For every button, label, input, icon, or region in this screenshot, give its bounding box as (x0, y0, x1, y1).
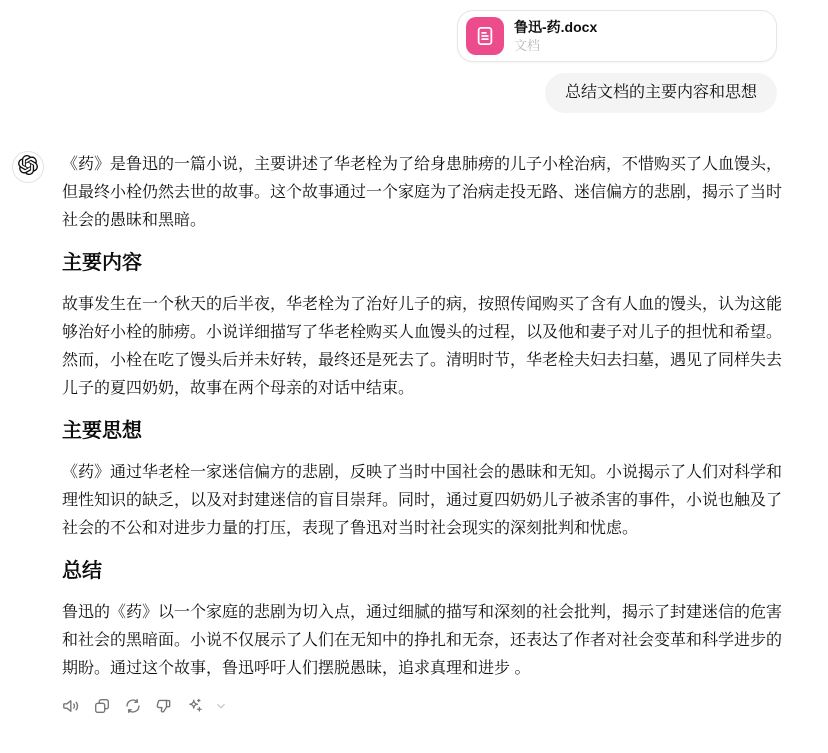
model-switch-expand-button[interactable] (212, 697, 230, 715)
user-message-bubble: 总结文档的主要内容和思想 (545, 73, 777, 113)
thumbs-down-icon (155, 697, 173, 715)
speaker-icon (62, 697, 80, 715)
assistant-action-bar (62, 697, 792, 715)
assistant-message: 《药》是鲁迅的一篇小说，主要讲述了华老栓为了给身患肺痨的儿子小栓治病，不惜购买了… (0, 113, 828, 715)
read-aloud-button[interactable] (62, 697, 80, 715)
section-heading-summary: 总结 (62, 557, 792, 585)
assistant-avatar (12, 151, 44, 183)
openai-logo-icon (18, 155, 38, 180)
section-body-main-content: 故事发生在一个秋天的后半夜，华老栓为了治好儿子的病，按照传闻购买了含有人血的馒头… (62, 291, 792, 403)
sparkle-icon (186, 697, 204, 715)
chat-page: 鲁迅-药.docx 文档 总结文档的主要内容和思想 《药》是鲁迅的一篇小说，主要… (0, 0, 828, 753)
attachment-row: 鲁迅-药.docx 文档 (0, 0, 828, 62)
section-heading-main-ideas: 主要思想 (62, 417, 792, 445)
attachment-card[interactable]: 鲁迅-药.docx 文档 (457, 10, 777, 62)
assistant-intro-paragraph: 《药》是鲁迅的一篇小说，主要讲述了华老栓为了给身患肺痨的儿子小栓治病，不惜购买了… (62, 151, 792, 235)
thumbs-down-button[interactable] (155, 697, 173, 715)
copy-icon (93, 697, 111, 715)
section-body-main-ideas: 《药》通过华老栓一家迷信偏方的悲剧，反映了当时中国社会的愚昧和无知。小说揭示了人… (62, 459, 792, 543)
section-heading-main-content: 主要内容 (62, 249, 792, 277)
assistant-content: 《药》是鲁迅的一篇小说，主要讲述了华老栓为了给身患肺痨的儿子小栓治病，不惜购买了… (62, 151, 792, 715)
model-switch-button[interactable] (186, 697, 204, 715)
attachment-meta: 鲁迅-药.docx 文档 (514, 18, 597, 54)
section-body-summary: 鲁迅的《药》以一个家庭的悲剧为切入点，通过细腻的描写和深刻的社会批判，揭示了封建… (62, 599, 792, 683)
copy-button[interactable] (93, 697, 111, 715)
user-message-row: 总结文档的主要内容和思想 (0, 62, 828, 113)
document-icon (466, 17, 504, 55)
attachment-filename: 鲁迅-药.docx (514, 18, 597, 36)
attachment-filetype: 文档 (514, 37, 597, 54)
regenerate-icon (124, 697, 142, 715)
regenerate-button[interactable] (124, 697, 142, 715)
chevron-down-icon (214, 699, 228, 713)
